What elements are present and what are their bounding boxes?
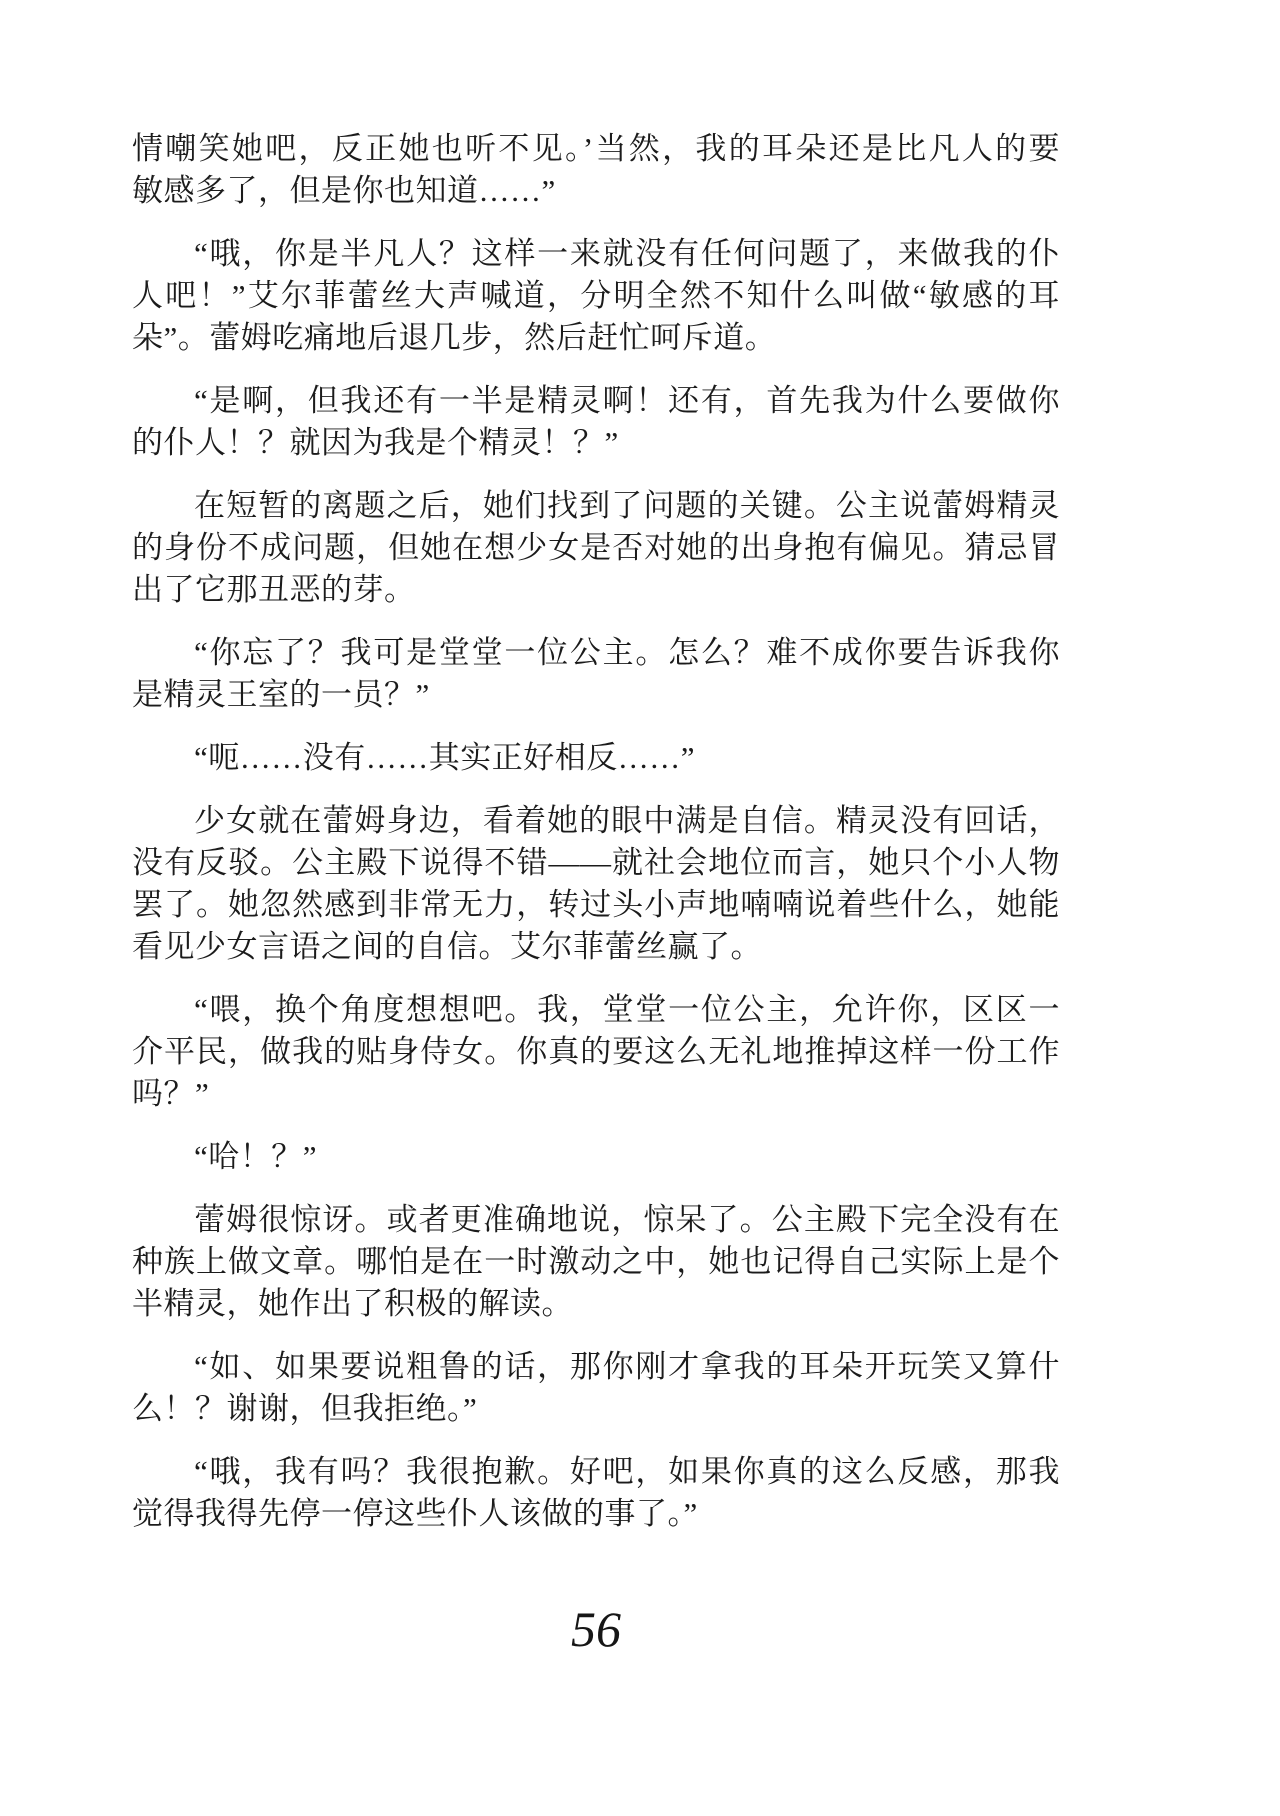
- text-line: “哈！？”: [132, 1136, 1060, 1178]
- paragraph: “喂，换个角度想想吧。我，堂堂一位公主，允许你，区区一介平民，做我的贴身侍女。你…: [132, 989, 1060, 1115]
- text-line: “如、如果要说粗鲁的话，那你刚才拿我的耳朵开玩笑又算什: [132, 1346, 1060, 1388]
- paragraph: 在短暂的离题之后，她们找到了问题的关键。公主说蕾姆精灵的身份不成问题，但她在想少…: [132, 485, 1060, 611]
- paragraph: 情嘲笑她吧，反正她也听不见。’当然，我的耳朵还是比凡人的要敏感多了，但是你也知道…: [132, 128, 1060, 212]
- text-line: 罢了。她忽然感到非常无力，转过头小声地喃喃说着些什么，她能: [132, 884, 1060, 926]
- text-line: “哦，你是半凡人？这样一来就没有任何问题了，来做我的仆: [132, 233, 1060, 275]
- paragraph: “是啊，但我还有一半是精灵啊！还有，首先我为什么要做你的仆人！？就因为我是个精灵…: [132, 380, 1060, 464]
- text-line: 少女就在蕾姆身边，看着她的眼中满是自信。精灵没有回话，: [132, 800, 1060, 842]
- text-line: 出了它那丑恶的芽。: [132, 569, 1060, 611]
- paragraph: “你忘了？我可是堂堂一位公主。怎么？难不成你要告诉我你是精灵王室的一员？”: [132, 632, 1060, 716]
- text-line: 在短暂的离题之后，她们找到了问题的关键。公主说蕾姆精灵: [132, 485, 1060, 527]
- text-column: 情嘲笑她吧，反正她也听不见。’当然，我的耳朵还是比凡人的要敏感多了，但是你也知道…: [132, 128, 1060, 1556]
- text-line: 人吧！”艾尔菲蕾丝大声喊道，分明全然不知什么叫做“敏感的耳: [132, 275, 1060, 317]
- paragraph: 少女就在蕾姆身边，看着她的眼中满是自信。精灵没有回话，没有反驳。公主殿下说得不错…: [132, 800, 1060, 968]
- book-page: 情嘲笑她吧，反正她也听不见。’当然，我的耳朵还是比凡人的要敏感多了，但是你也知道…: [0, 0, 1280, 1816]
- text-line: “哦，我有吗？我很抱歉。好吧，如果你真的这么反感，那我: [132, 1451, 1060, 1493]
- text-line: 的仆人！？就因为我是个精灵！？”: [132, 422, 1060, 464]
- paragraph: “如、如果要说粗鲁的话，那你刚才拿我的耳朵开玩笑又算什么！？谢谢，但我拒绝。”: [132, 1346, 1060, 1430]
- text-line: “你忘了？我可是堂堂一位公主。怎么？难不成你要告诉我你: [132, 632, 1060, 674]
- text-line: “喂，换个角度想想吧。我，堂堂一位公主，允许你，区区一: [132, 989, 1060, 1031]
- text-line: 敏感多了，但是你也知道……”: [132, 170, 1060, 212]
- text-line: 吗？”: [132, 1073, 1060, 1115]
- text-line: 觉得我得先停一停这些仆人该做的事了。”: [132, 1493, 1060, 1535]
- paragraph: “呃……没有……其实正好相反……”: [132, 737, 1060, 779]
- text-line: 情嘲笑她吧，反正她也听不见。’当然，我的耳朵还是比凡人的要: [132, 128, 1060, 170]
- text-line: 没有反驳。公主殿下说得不错——就社会地位而言，她只个小人物: [132, 842, 1060, 884]
- text-line: 是精灵王室的一员？”: [132, 674, 1060, 716]
- paragraph: “哦，我有吗？我很抱歉。好吧，如果你真的这么反感，那我觉得我得先停一停这些仆人该…: [132, 1451, 1060, 1535]
- page-number: 56: [132, 1604, 1060, 1654]
- text-line: 半精灵，她作出了积极的解读。: [132, 1283, 1060, 1325]
- text-line: 种族上做文章。哪怕是在一时激动之中，她也记得自己实际上是个: [132, 1241, 1060, 1283]
- text-line: 蕾姆很惊讶。或者更准确地说，惊呆了。公主殿下完全没有在: [132, 1199, 1060, 1241]
- text-line: 朵”。蕾姆吃痛地后退几步，然后赶忙呵斥道。: [132, 317, 1060, 359]
- paragraph: “哦，你是半凡人？这样一来就没有任何问题了，来做我的仆人吧！”艾尔菲蕾丝大声喊道…: [132, 233, 1060, 359]
- text-line: “呃……没有……其实正好相反……”: [132, 737, 1060, 779]
- paragraph: “哈！？”: [132, 1136, 1060, 1178]
- text-line: 看见少女言语之间的自信。艾尔菲蕾丝赢了。: [132, 926, 1060, 968]
- text-line: 么！？谢谢，但我拒绝。”: [132, 1388, 1060, 1430]
- text-line: 的身份不成问题，但她在想少女是否对她的出身抱有偏见。猜忌冒: [132, 527, 1060, 569]
- text-line: “是啊，但我还有一半是精灵啊！还有，首先我为什么要做你: [132, 380, 1060, 422]
- paragraph: 蕾姆很惊讶。或者更准确地说，惊呆了。公主殿下完全没有在种族上做文章。哪怕是在一时…: [132, 1199, 1060, 1325]
- text-line: 介平民，做我的贴身侍女。你真的要这么无礼地推掉这样一份工作: [132, 1031, 1060, 1073]
